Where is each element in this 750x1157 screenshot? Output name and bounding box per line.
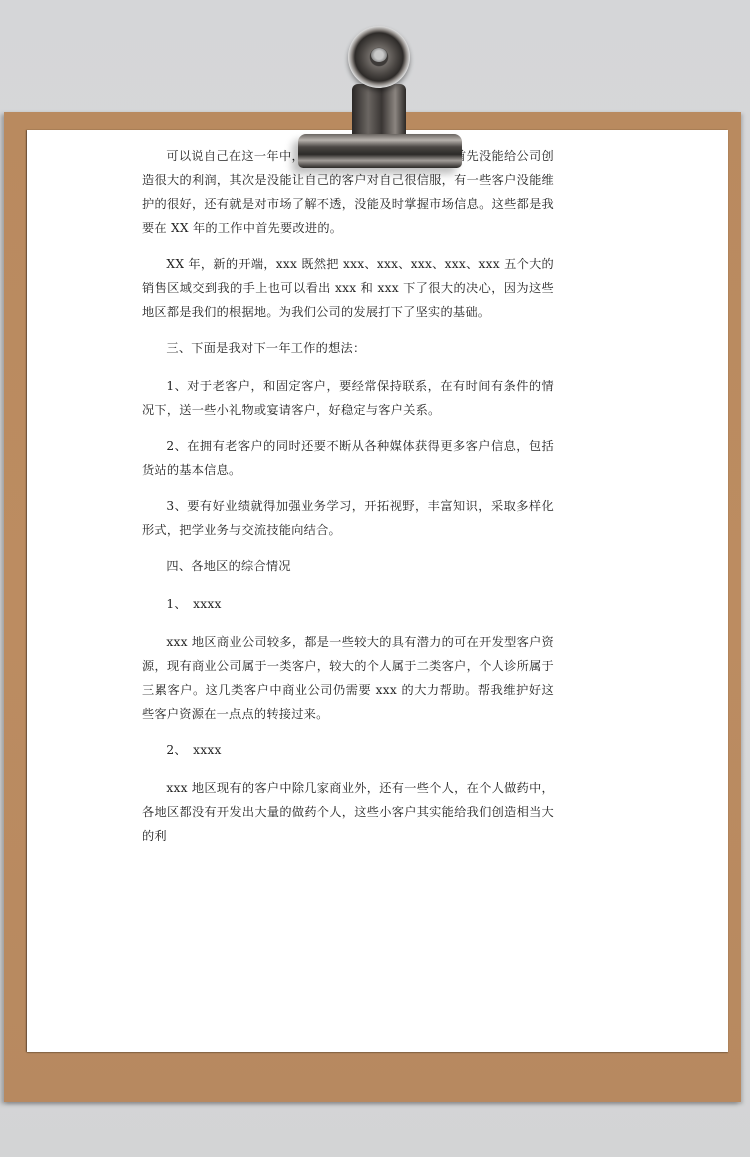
clip-ring-icon xyxy=(348,26,410,88)
region-paragraph-2: xxx 地区现有的客户中除几家商业外，还有一些个人，在个人做药中，各地区都没有开… xyxy=(142,776,554,848)
section-heading-plans: 三、下面是我对下一年工作的想法： xyxy=(142,336,554,360)
document-body: 可以说自己在这一年中，自己对自己都不是很满意，首先没能给公司创造很大的利润，其次… xyxy=(142,144,554,860)
section-heading-regions: 四、各地区的综合情况 xyxy=(142,554,554,578)
plan-item-3: 3、要有好业绩就得加强业务学习，开拓视野，丰富知识，采取多样化形式，把学业务与交… xyxy=(142,494,554,542)
paragraph-intro: 可以说自己在这一年中，自己对自己都不是很满意，首先没能给公司创造很大的利润，其次… xyxy=(142,144,554,240)
paragraph-new-year: XX 年，新的开端，xxx 既然把 xxx、xxx、xxx、xxx、xxx 五个… xyxy=(142,252,554,324)
region-heading-1: 1、 xxxx xyxy=(142,592,554,616)
region-heading-2: 2、 xxxx xyxy=(142,738,554,762)
plan-item-1: 1、对于老客户，和固定客户，要经常保持联系，在有时间有条件的情况下，送一些小礼物… xyxy=(142,374,554,422)
clip-hole xyxy=(371,48,387,62)
plan-item-2: 2、在拥有老客户的同时还要不断从各种媒体获得更多客户信息，包括货站的基本信息。 xyxy=(142,434,554,482)
region-paragraph-1: xxx 地区商业公司较多，都是一些较大的具有潜力的可在开发型客户资源，现有商业公… xyxy=(142,630,554,726)
